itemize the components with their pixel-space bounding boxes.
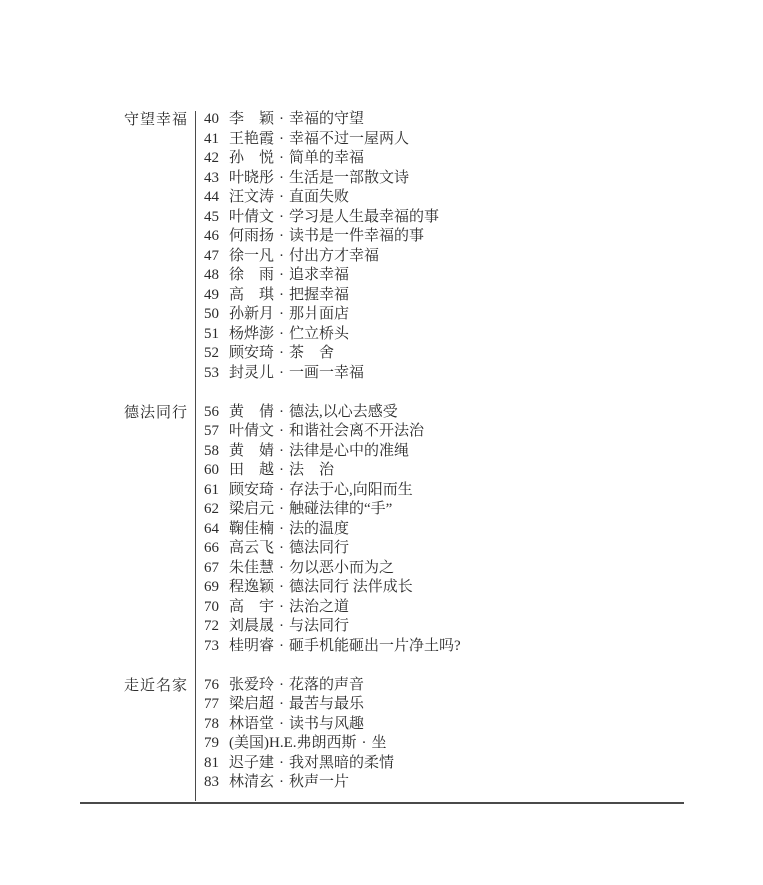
entry-page-number: 48: [204, 266, 221, 286]
entry-author: 梁启元: [229, 501, 274, 517]
toc-section: 德法同行56黄 倩·德法,以心去感受57叶倩文·和谐社会离不开法治58黄 婧·法…: [0, 403, 763, 657]
entry-author: 徐 雨: [229, 267, 274, 283]
toc-entry: 40李 颖·幸福的守望: [204, 110, 439, 130]
entry-title: 德法同行 法伴成长: [289, 579, 413, 595]
author-title-separator-dot: ·: [279, 638, 284, 654]
entry-title: 和谐社会离不开法治: [289, 423, 424, 439]
entry-page-number: 57: [204, 422, 221, 442]
toc-entry: 57叶倩文·和谐社会离不开法治: [204, 422, 461, 442]
entry-author: 程逸颖: [229, 579, 274, 595]
entry-author: 顾安琦: [229, 345, 274, 361]
toc-entry: 49高 琪·把握幸福: [204, 286, 439, 306]
toc-entry: 64鞠佳楠·法的温度: [204, 520, 461, 540]
entry-author: 林语堂: [229, 716, 274, 732]
author-title-separator-dot: ·: [279, 131, 284, 147]
entry-author: 杨烨澎: [229, 326, 274, 342]
document-page: 守望幸福40李 颖·幸福的守望41王艳霞·幸福不过一屋两人42孙 悦·简单的幸福…: [0, 0, 763, 885]
entry-author: 叶倩文: [229, 423, 274, 439]
toc-section: 守望幸福40李 颖·幸福的守望41王艳霞·幸福不过一屋两人42孙 悦·简单的幸福…: [0, 110, 763, 383]
entry-page-number: 58: [204, 442, 221, 462]
author-title-separator-dot: ·: [279, 482, 284, 498]
entry-page-number: 64: [204, 520, 221, 540]
toc-entry: 79(美国)H.E.弗朗西斯·坐: [204, 734, 394, 754]
entry-title: 那爿面店: [289, 306, 349, 322]
author-title-separator-dot: ·: [279, 306, 284, 322]
entry-title: 法治之道: [289, 599, 349, 615]
bottom-rule: [80, 802, 684, 804]
entry-page-number: 73: [204, 637, 221, 657]
author-title-separator-dot: ·: [279, 696, 284, 712]
author-title-separator-dot: ·: [279, 462, 284, 478]
entry-title: 幸福不过一屋两人: [289, 131, 409, 147]
entry-author: 王艳霞: [229, 131, 274, 147]
entry-page-number: 70: [204, 598, 221, 618]
entry-author: 高 琪: [229, 287, 274, 303]
entry-page-number: 42: [204, 149, 221, 169]
toc-entry: 56黄 倩·德法,以心去感受: [204, 403, 461, 423]
toc-entry: 72刘晨晟·与法同行: [204, 617, 461, 637]
entry-page-number: 53: [204, 364, 221, 384]
section-entries: 40李 颖·幸福的守望41王艳霞·幸福不过一屋两人42孙 悦·简单的幸福43叶晓…: [195, 110, 439, 383]
author-title-separator-dot: ·: [279, 501, 284, 517]
entry-title: 生活是一部散文诗: [289, 170, 409, 186]
toc-entry: 78林语堂·读书与风趣: [204, 715, 394, 735]
author-title-separator-dot: ·: [279, 521, 284, 537]
toc-entry: 70高 宇·法治之道: [204, 598, 461, 618]
entry-author: 田 越: [229, 462, 274, 478]
author-title-separator-dot: ·: [279, 443, 284, 459]
section-label-column: 走近名家: [0, 676, 195, 793]
author-title-separator-dot: ·: [279, 716, 284, 732]
entry-page-number: 77: [204, 695, 221, 715]
section-label-column: 德法同行: [0, 403, 195, 657]
entry-page-number: 76: [204, 676, 221, 696]
entry-title: 茶 舍: [289, 345, 334, 361]
toc-entry: 83林清玄·秋声一片: [204, 773, 394, 793]
toc-entry: 67朱佳慧·勿以恶小而为之: [204, 559, 461, 579]
entry-page-number: 67: [204, 559, 221, 579]
entry-page-number: 51: [204, 325, 221, 345]
entry-author: 黄 倩: [229, 404, 274, 420]
toc-entry: 45叶倩文·学习是人生最幸福的事: [204, 208, 439, 228]
section-title: 德法同行: [124, 404, 188, 421]
entry-page-number: 72: [204, 617, 221, 637]
author-title-separator-dot: ·: [279, 326, 284, 342]
entry-page-number: 43: [204, 169, 221, 189]
entry-title: 幸福的守望: [289, 111, 364, 127]
toc-entry: 81迟子建·我对黑暗的柔情: [204, 754, 394, 774]
author-title-separator-dot: ·: [279, 267, 284, 283]
author-title-separator-dot: ·: [279, 150, 284, 166]
entry-page-number: 62: [204, 500, 221, 520]
entry-title: 触碰法律的“手”: [289, 501, 392, 517]
entry-title: 一画一幸福: [289, 365, 364, 381]
entry-page-number: 60: [204, 461, 221, 481]
entry-title: 付出方才幸福: [289, 248, 379, 264]
entry-author: 何雨扬: [229, 228, 274, 244]
author-title-separator-dot: ·: [279, 170, 284, 186]
toc-entry: 50孙新月·那爿面店: [204, 305, 439, 325]
entry-page-number: 47: [204, 247, 221, 267]
entry-title: 砸手机能砸出一片净土吗?: [289, 638, 461, 654]
entry-author: 高 宇: [229, 599, 274, 615]
entry-page-number: 50: [204, 305, 221, 325]
entry-title: 坐: [372, 735, 387, 751]
toc-entry: 62梁启元·触碰法律的“手”: [204, 500, 461, 520]
author-title-separator-dot: ·: [279, 248, 284, 264]
entry-page-number: 45: [204, 208, 221, 228]
entry-title: 把握幸福: [289, 287, 349, 303]
entry-author: 桂明睿: [229, 638, 274, 654]
author-title-separator-dot: ·: [279, 365, 284, 381]
section-entries: 76张爱玲·花落的声音77梁启超·最苦与最乐78林语堂·读书与风趣79(美国)H…: [195, 676, 394, 793]
author-title-separator-dot: ·: [279, 579, 284, 595]
entry-title: 花落的声音: [289, 677, 364, 693]
author-title-separator-dot: ·: [362, 735, 367, 751]
entry-title: 法律是心中的准绳: [289, 443, 409, 459]
entry-title: 直面失败: [289, 189, 349, 205]
toc-entry: 77梁启超·最苦与最乐: [204, 695, 394, 715]
author-title-separator-dot: ·: [279, 111, 284, 127]
author-title-separator-dot: ·: [279, 189, 284, 205]
toc-entry: 66高云飞·德法同行: [204, 539, 461, 559]
entry-author: 高云飞: [229, 540, 274, 556]
entry-page-number: 46: [204, 227, 221, 247]
author-title-separator-dot: ·: [279, 345, 284, 361]
entry-title: 简单的幸福: [289, 150, 364, 166]
author-title-separator-dot: ·: [279, 287, 284, 303]
toc-entry: 61顾安琦·存法于心,向阳而生: [204, 481, 461, 501]
entry-author: 朱佳慧: [229, 560, 274, 576]
author-title-separator-dot: ·: [279, 423, 284, 439]
section-label-column: 守望幸福: [0, 110, 195, 383]
section-entries: 56黄 倩·德法,以心去感受57叶倩文·和谐社会离不开法治58黄 婧·法律是心中…: [195, 403, 461, 657]
toc-entry: 51杨烨澎·伫立桥头: [204, 325, 439, 345]
author-title-separator-dot: ·: [279, 677, 284, 693]
author-title-separator-dot: ·: [279, 540, 284, 556]
entry-title: 秋声一片: [289, 774, 349, 790]
author-title-separator-dot: ·: [279, 560, 284, 576]
toc-entry: 47徐一凡·付出方才幸福: [204, 247, 439, 267]
toc-entry: 53封灵儿·一画一幸福: [204, 364, 439, 384]
entry-title: 德法,以心去感受: [289, 404, 398, 420]
entry-title: 存法于心,向阳而生: [289, 482, 413, 498]
entry-author: 叶晓彤: [229, 170, 274, 186]
entry-title: 德法同行: [289, 540, 349, 556]
toc-entry: 76张爱玲·花落的声音: [204, 676, 394, 696]
toc-entry: 52顾安琦·茶 舍: [204, 344, 439, 364]
entry-page-number: 40: [204, 110, 221, 130]
entry-author: 李 颖: [229, 111, 274, 127]
entry-author: 张爱玲: [229, 677, 274, 693]
entry-author: 封灵儿: [229, 365, 274, 381]
toc-entry: 44汪文涛·直面失败: [204, 188, 439, 208]
author-title-separator-dot: ·: [279, 209, 284, 225]
entry-page-number: 41: [204, 130, 221, 150]
entry-author: 徐一凡: [229, 248, 274, 264]
entry-title: 读书与风趣: [289, 716, 364, 732]
entry-page-number: 66: [204, 539, 221, 559]
entry-page-number: 56: [204, 403, 221, 423]
author-title-separator-dot: ·: [279, 404, 284, 420]
entry-title: 法 治: [289, 462, 334, 478]
entry-page-number: 69: [204, 578, 221, 598]
table-of-contents: 守望幸福40李 颖·幸福的守望41王艳霞·幸福不过一屋两人42孙 悦·简单的幸福…: [0, 110, 763, 801]
entry-author: 汪文涛: [229, 189, 274, 205]
entry-page-number: 49: [204, 286, 221, 306]
entry-title: 与法同行: [289, 618, 349, 634]
entry-author: 孙 悦: [229, 150, 274, 166]
toc-entry: 41王艳霞·幸福不过一屋两人: [204, 130, 439, 150]
entry-author: 孙新月: [229, 306, 274, 322]
entry-page-number: 61: [204, 481, 221, 501]
entry-author: 黄 婧: [229, 443, 274, 459]
toc-entry: 60田 越·法 治: [204, 461, 461, 481]
entry-title: 学习是人生最幸福的事: [289, 209, 439, 225]
column-divider-line: [195, 111, 196, 801]
entry-page-number: 44: [204, 188, 221, 208]
entry-author: 刘晨晟: [229, 618, 274, 634]
entry-title: 法的温度: [289, 521, 349, 537]
entry-author: 梁启超: [229, 696, 274, 712]
toc-section: 走近名家76张爱玲·花落的声音77梁启超·最苦与最乐78林语堂·读书与风趣79(…: [0, 676, 763, 793]
entry-title: 最苦与最乐: [289, 696, 364, 712]
toc-entry: 43叶晓彤·生活是一部散文诗: [204, 169, 439, 189]
toc-entry: 42孙 悦·简单的幸福: [204, 149, 439, 169]
author-title-separator-dot: ·: [279, 618, 284, 634]
entry-page-number: 78: [204, 715, 221, 735]
entry-title: 我对黑暗的柔情: [289, 755, 394, 771]
entry-title: 追求幸福: [289, 267, 349, 283]
entry-author: 林清玄: [229, 774, 274, 790]
entry-page-number: 81: [204, 754, 221, 774]
entry-author: 鞠佳楠: [229, 521, 274, 537]
entry-page-number: 83: [204, 773, 221, 793]
entry-page-number: 79: [204, 734, 221, 754]
toc-entry: 46何雨扬·读书是一件幸福的事: [204, 227, 439, 247]
author-title-separator-dot: ·: [279, 599, 284, 615]
toc-entry: 58黄 婧·法律是心中的准绳: [204, 442, 461, 462]
entry-author: 顾安琦: [229, 482, 274, 498]
entry-title: 勿以恶小而为之: [289, 560, 394, 576]
entry-author: 叶倩文: [229, 209, 274, 225]
author-title-separator-dot: ·: [279, 228, 284, 244]
entry-author: 迟子建: [229, 755, 274, 771]
entry-author: (美国)H.E.弗朗西斯: [229, 735, 357, 751]
section-title: 走近名家: [124, 677, 188, 694]
toc-sections: 守望幸福40李 颖·幸福的守望41王艳霞·幸福不过一屋两人42孙 悦·简单的幸福…: [0, 110, 763, 793]
toc-entry: 48徐 雨·追求幸福: [204, 266, 439, 286]
section-title: 守望幸福: [124, 111, 188, 128]
toc-entry: 73桂明睿·砸手机能砸出一片净土吗?: [204, 637, 461, 657]
entry-title: 读书是一件幸福的事: [289, 228, 424, 244]
toc-entry: 69程逸颖·德法同行 法伴成长: [204, 578, 461, 598]
author-title-separator-dot: ·: [279, 755, 284, 771]
entry-title: 伫立桥头: [289, 326, 349, 342]
entry-page-number: 52: [204, 344, 221, 364]
author-title-separator-dot: ·: [279, 774, 284, 790]
